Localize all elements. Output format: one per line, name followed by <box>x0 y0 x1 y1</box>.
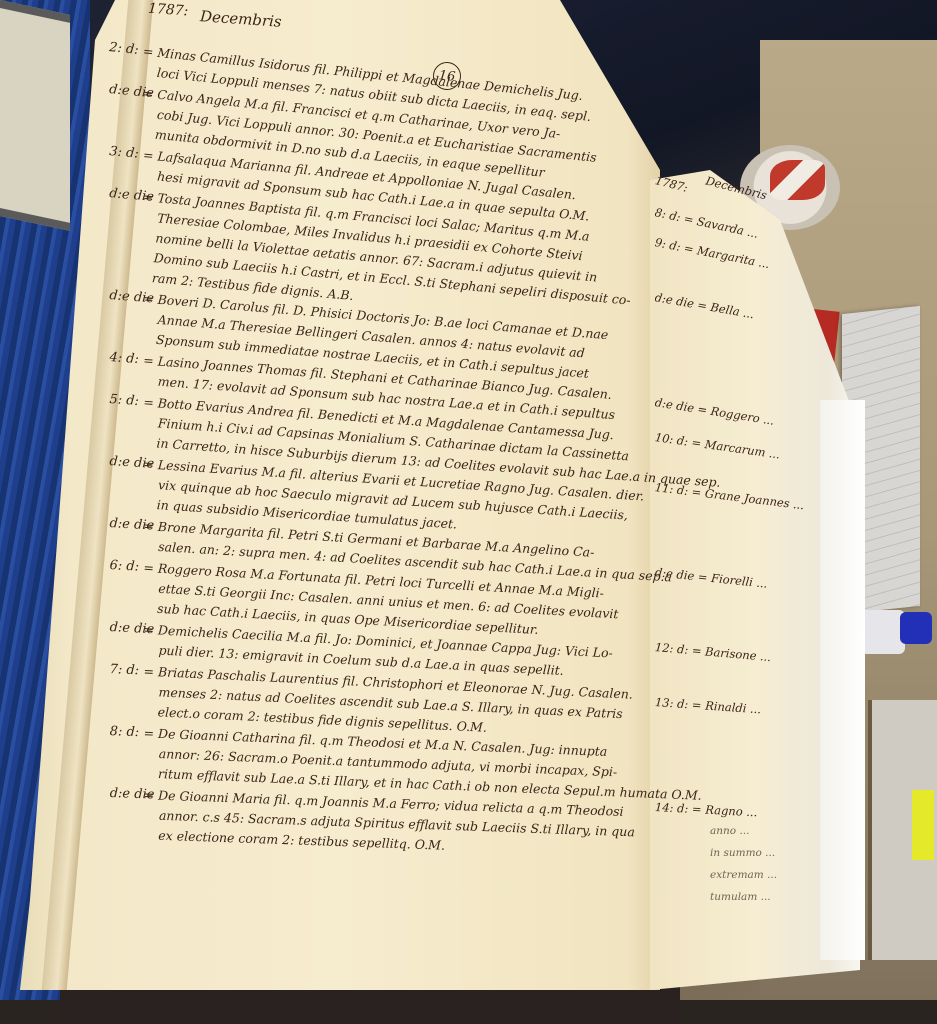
framed-card <box>0 0 70 231</box>
right-entry: d:e die = Bella ... <box>655 290 755 321</box>
right-entry: d:e die = Roggero ... <box>655 395 775 428</box>
entry-date: 6: d: <box>109 558 139 575</box>
right-entry: 8: d: = Savarda ... <box>655 205 760 241</box>
photo-scene: 1787: Decembris 16 2: d:= Minas Camillus… <box>0 0 937 1024</box>
book-spine-bottom <box>60 985 680 1024</box>
right-entry: 13: d: = Rinaldi ... <box>655 695 762 716</box>
right-entry: 12: d: = Barisone ... <box>655 640 772 664</box>
entry-date: 2: d: <box>108 40 139 58</box>
entry-date: 8: d: <box>109 724 139 740</box>
entry-date: 7: d: <box>109 662 139 678</box>
right-page-text: 1787: Decembris 8: d: = Savarda ...9: d:… <box>655 175 835 975</box>
entry-date: 3: d: <box>109 144 140 162</box>
register-entry: 2: d:= Minas Camillus Isidorus fil. Phil… <box>110 40 647 95</box>
right-entry: 14: d: = Ragno ... <box>655 800 758 819</box>
right-entry: 11: d: = Grane Joannes ... <box>655 480 805 512</box>
entry-line: ex electione coram 2: testibus sepellitq… <box>158 828 445 853</box>
entry-date: 4: d: <box>109 350 140 367</box>
right-continuation-line: tumulam ... <box>710 891 771 903</box>
right-continuation-line: anno ... <box>710 825 749 837</box>
blue-bottle-cap <box>900 612 932 644</box>
right-entry: d:e die = Fiorelli ... <box>655 565 768 591</box>
left-page-text: 2: d:= Minas Camillus Isidorus fil. Phil… <box>110 0 650 990</box>
right-continuation-line: in summo ... <box>710 847 775 859</box>
right-month: Decembris <box>704 175 768 202</box>
yellow-sticky-note <box>912 790 934 860</box>
right-entry: 9: d: = Margarita ... <box>655 235 771 271</box>
right-entry: 10: d: = Marcarum ... <box>655 430 781 461</box>
right-continuation-line: extremam ... <box>710 869 777 881</box>
right-year: 1787: <box>655 175 689 195</box>
entry-date: 5: d: <box>109 392 139 409</box>
